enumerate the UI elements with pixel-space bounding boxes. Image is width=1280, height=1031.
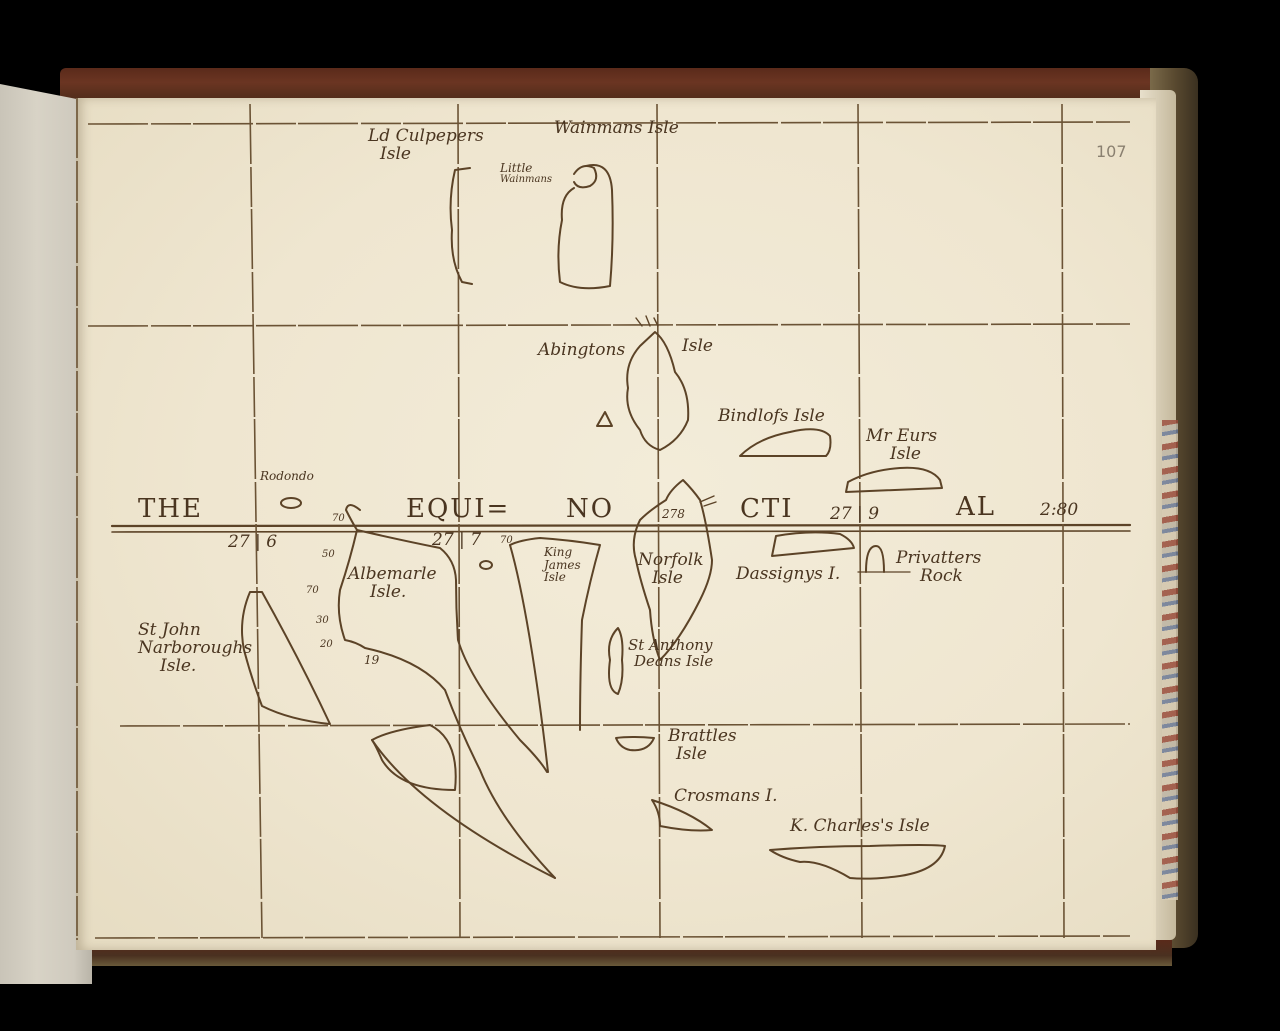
label-king-james-isle: KingJamesIsle (544, 546, 581, 584)
longitude-280: 2:80 (1040, 502, 1078, 520)
label-st-john-narboroughs: St JohnNarboroughsIsle. (138, 622, 252, 676)
label-dassignys: Dassignys I. (736, 566, 840, 584)
label-brattles-isle: BrattlesIsle (668, 728, 737, 764)
sounding: 70 (500, 536, 513, 547)
label-crosmans: Crosmans I. (674, 788, 778, 806)
marbled-endpaper (1162, 420, 1178, 900)
label-little-wainmans: LittleWainmans (500, 162, 552, 185)
sounding: 70 (332, 514, 345, 525)
label-st-anthony-deans: St AnthonyDeans Isle (628, 638, 713, 670)
notebook-scene: THE EQUI= NO CTI AL 27 | 6 27 | 7 278 27… (0, 0, 1280, 1031)
label-k-charles-isle: K. Charles's Isle (790, 818, 930, 836)
sounding: 19 (364, 654, 379, 667)
equator-label-word-2: EQUI= (406, 496, 510, 523)
sounding: 30 (316, 616, 329, 627)
equator-label-word-5: AL (956, 494, 996, 521)
label-culpepers-isle: Ld CulpepersIsle (368, 128, 484, 164)
map-drawing (76, 98, 1156, 950)
longitude-276: 27 | 6 (228, 534, 277, 552)
label-rodondo: Rodondo (260, 470, 314, 483)
folio-number: 107 (1096, 142, 1127, 161)
label-albemarle-isle: AlbemarleIsle. (348, 566, 437, 602)
equator-label-word-3: NO (566, 496, 614, 523)
map-page: THE EQUI= NO CTI AL 27 | 6 27 | 7 278 27… (76, 98, 1156, 950)
sounding: 20 (320, 640, 333, 651)
label-norfolk-isle: NorfolkIsle (638, 552, 704, 588)
label-mr-eures-isle: Mr EursIsle (866, 428, 937, 464)
label-wainmans-isle: Wainmans Isle (554, 120, 679, 138)
label-abingtons: Abingtons (538, 342, 625, 360)
longitude-278: 278 (662, 508, 685, 521)
label-abingtons-isle: Isle (682, 338, 713, 356)
longitude-277: 27 | 7 (432, 532, 481, 550)
longitude-279: 27 | 9 (830, 506, 879, 524)
sounding: 70 (306, 586, 319, 597)
equator-label-word-4: CTI (740, 496, 794, 523)
equator-label-word-1: THE (138, 496, 203, 523)
sounding: 50 (322, 550, 335, 561)
label-privatters-rock: PrivattersRock (896, 550, 981, 586)
label-bindlofs-isle: Bindlofs Isle (718, 408, 825, 426)
